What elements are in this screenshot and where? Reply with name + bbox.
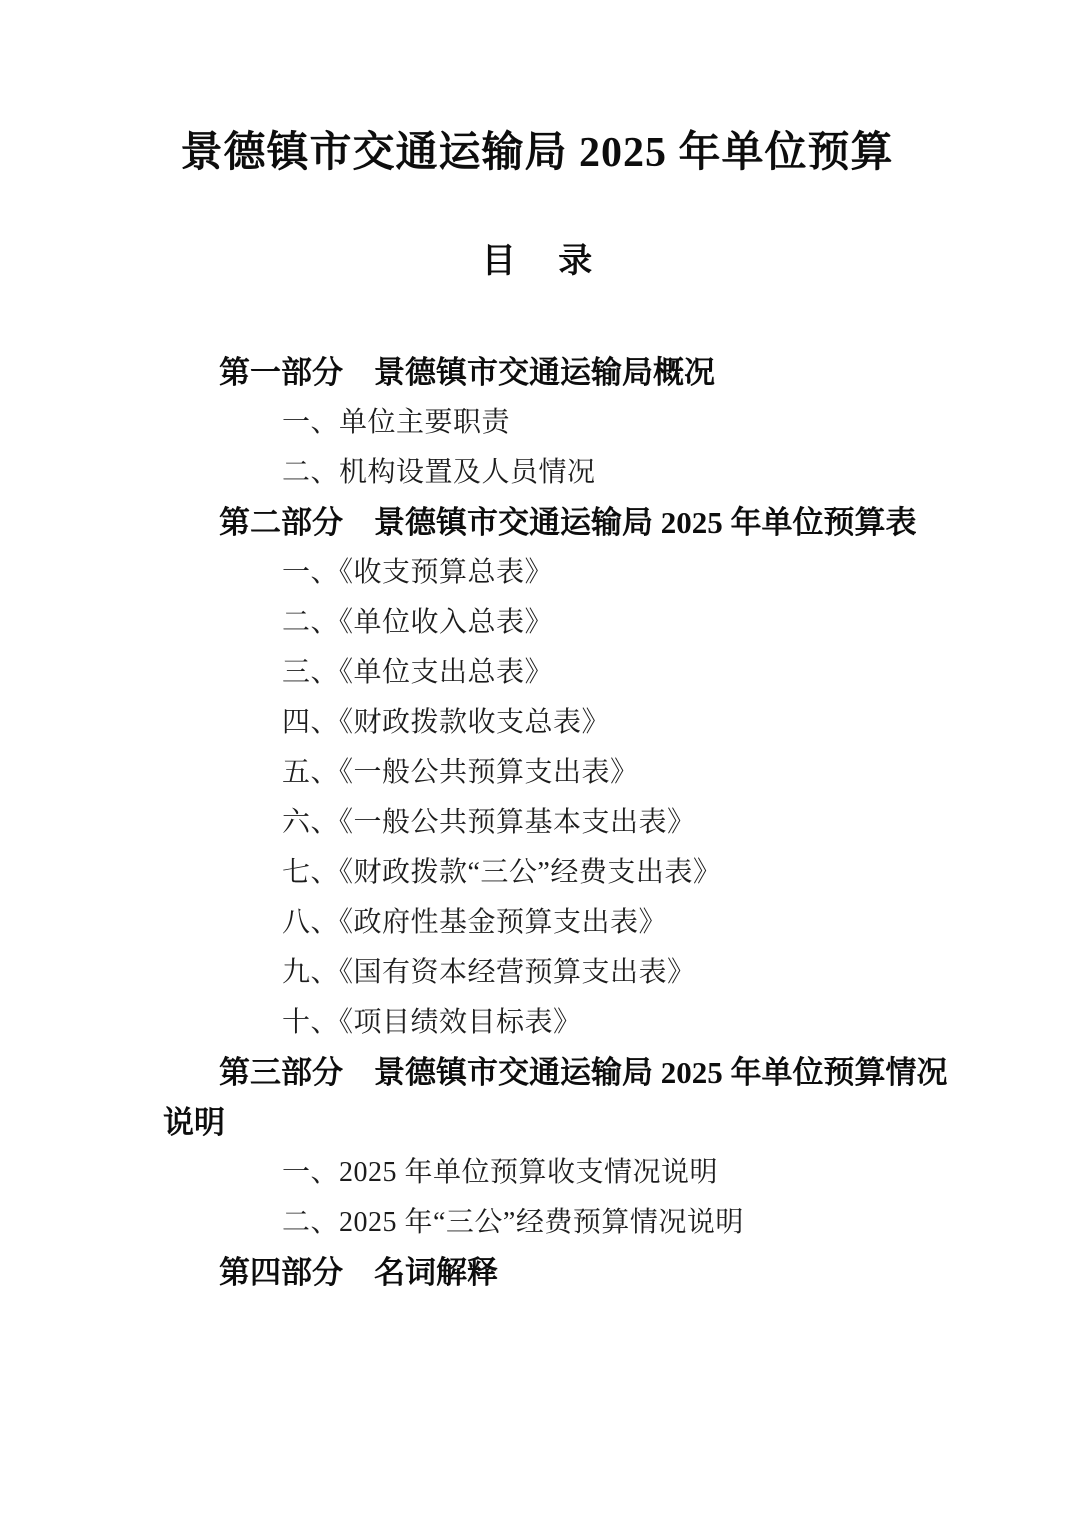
- toc-item: 三、《单位支出总表》: [163, 648, 915, 698]
- toc-section-heading-part3: 第三部分 景德镇市交通运输局 2025 年单位预算情况: [163, 1048, 915, 1098]
- toc-item: 八、《政府性基金预算支出表》: [163, 898, 915, 948]
- toc-item: 六、《一般公共预算基本支出表》: [163, 798, 915, 848]
- table-of-contents: 第一部分 景德镇市交通运输局概况 一、单位主要职责 二、机构设置及人员情况 第二…: [163, 348, 915, 1298]
- toc-item: 一、2025 年单位预算收支情况说明: [163, 1148, 915, 1198]
- toc-heading: 目 录: [0, 240, 1074, 284]
- toc-item: 四、《财政拨款收支总表》: [163, 698, 915, 748]
- toc-item: 五、《一般公共预算支出表》: [163, 748, 915, 798]
- toc-item: 二、《单位收入总表》: [163, 598, 915, 648]
- toc-item: 七、《财政拨款“三公”经费支出表》: [163, 848, 915, 898]
- toc-item: 一、单位主要职责: [163, 398, 915, 448]
- document-title: 景德镇市交通运输局 2025 年单位预算: [0, 126, 1074, 180]
- toc-section-heading-part3-continuation: 说明: [163, 1098, 915, 1148]
- toc-item: 十、《项目绩效目标表》: [163, 998, 915, 1048]
- toc-item: 二、机构设置及人员情况: [163, 448, 915, 498]
- toc-item: 九、《国有资本经营预算支出表》: [163, 948, 915, 998]
- document-page: 景德镇市交通运输局 2025 年单位预算 目 录 第一部分 景德镇市交通运输局概…: [0, 0, 1074, 1520]
- toc-item: 二、2025 年“三公”经费预算情况说明: [163, 1198, 915, 1248]
- toc-section-heading-part1: 第一部分 景德镇市交通运输局概况: [163, 348, 915, 398]
- toc-item: 一、《收支预算总表》: [163, 548, 915, 598]
- toc-section-heading-part2: 第二部分 景德镇市交通运输局 2025 年单位预算表: [163, 498, 915, 548]
- toc-section-heading-part4: 第四部分 名词解释: [163, 1248, 915, 1298]
